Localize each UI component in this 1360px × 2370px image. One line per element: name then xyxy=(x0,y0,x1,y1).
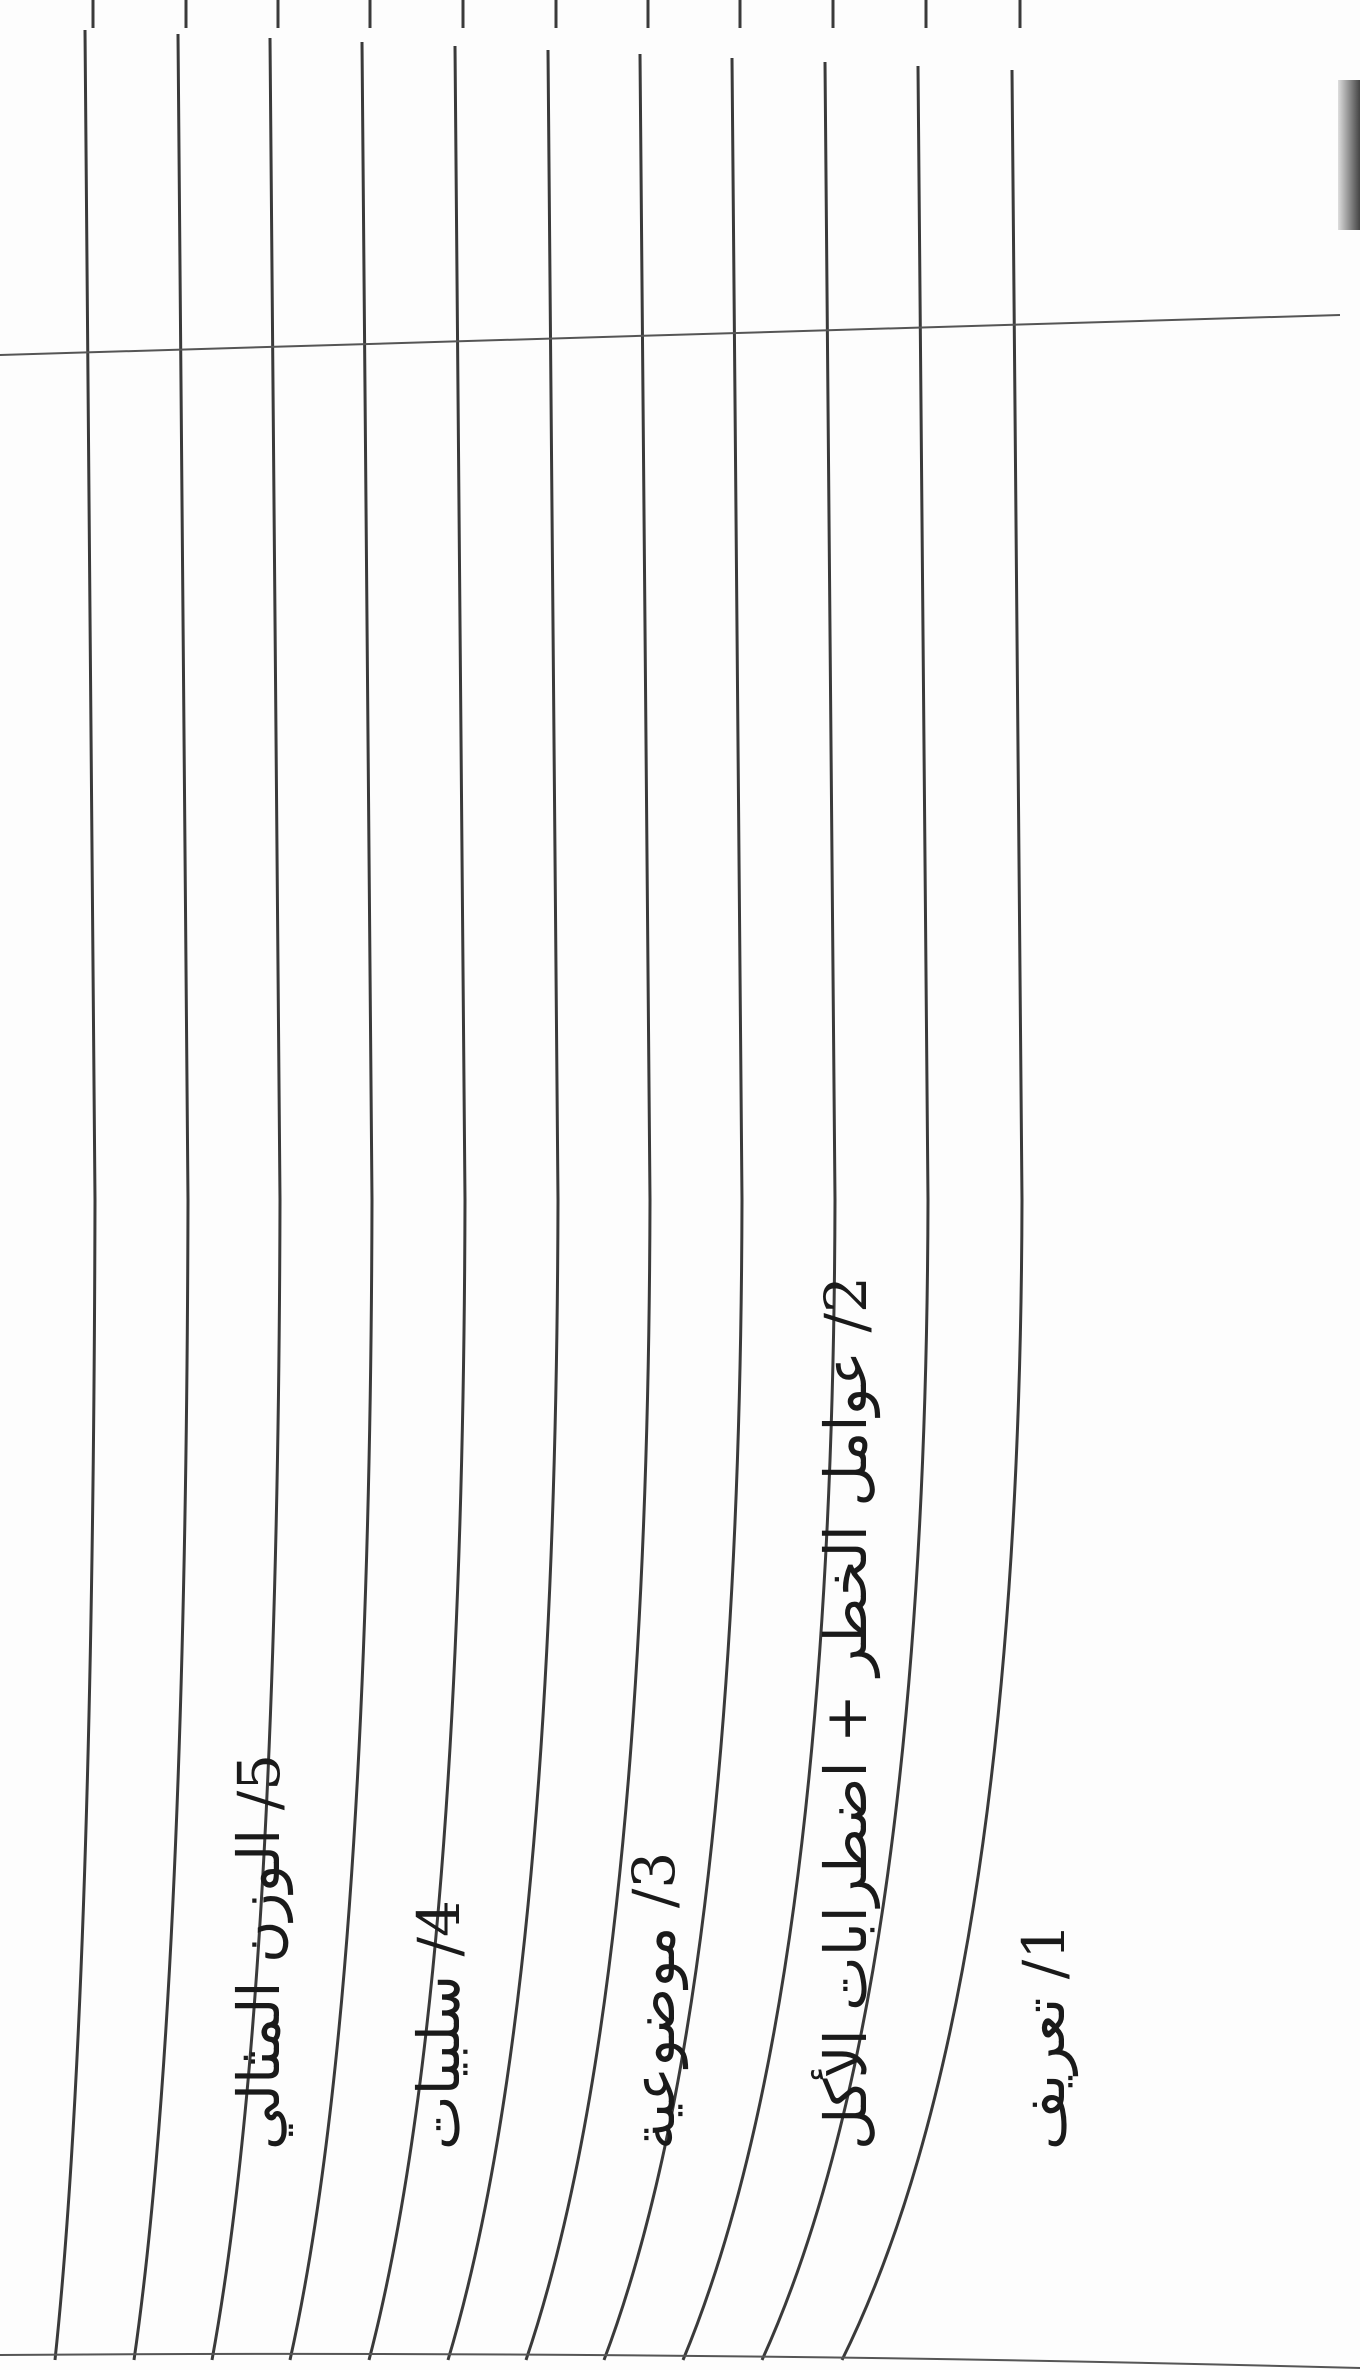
note-line-2: 2/ عوامل الخطر + اضطرابات الأكل xyxy=(812,1276,880,2150)
note-line-4: 4/ سلبيات xyxy=(405,1900,473,2150)
page-edge-shadow xyxy=(1338,80,1360,230)
ruled-line xyxy=(290,42,372,2360)
bottom-edge xyxy=(0,2354,1360,2368)
note-line-3: 3/ موضوعية xyxy=(620,1852,688,2150)
note-line-1: 1/ تعريف xyxy=(1010,1923,1078,2150)
margin-line xyxy=(0,315,1340,355)
note-line-5: 5/ الوزن المثالي xyxy=(225,1754,293,2150)
ruled-line xyxy=(55,30,95,2360)
ruled-line xyxy=(134,34,188,2360)
